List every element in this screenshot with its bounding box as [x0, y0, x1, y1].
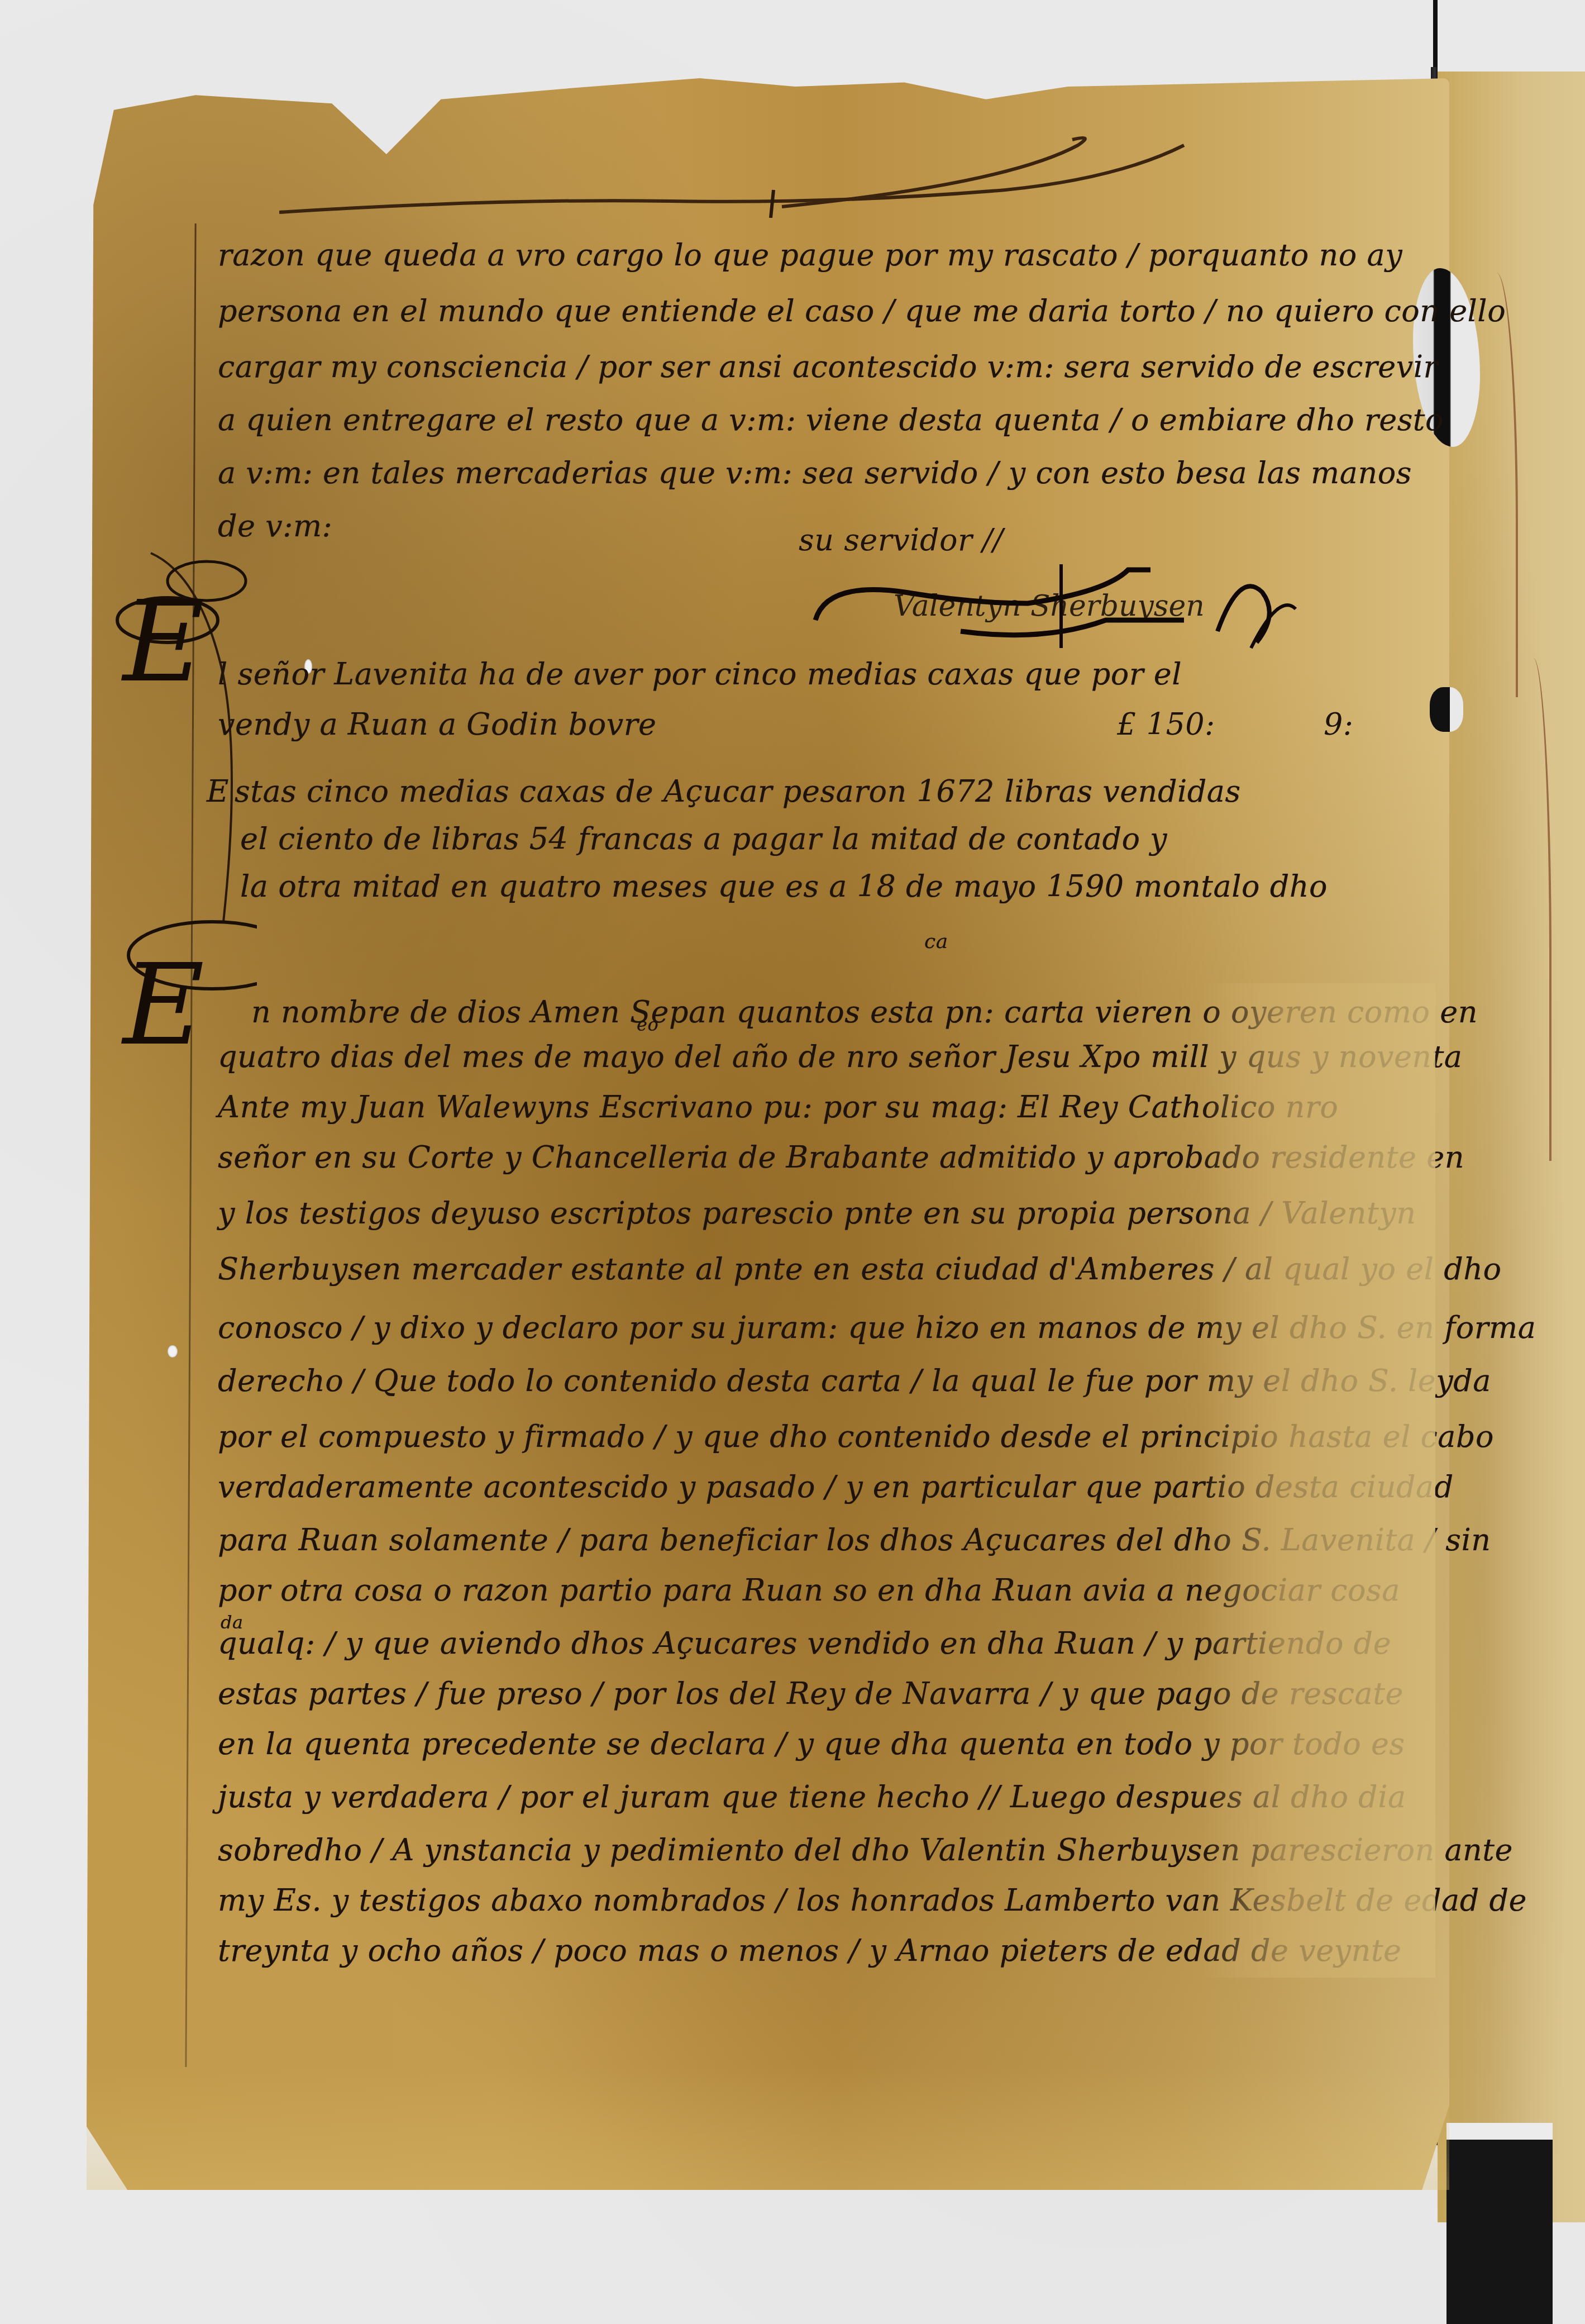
binding-edge-top — [1433, 0, 1438, 78]
text-line: por el compuesto y firmado / y que dho c… — [218, 1419, 1494, 1454]
text-line: qualq: / y que aviendo dhos Açucares ven… — [218, 1626, 1391, 1661]
text-line: estas partes / fue preso / por los del R… — [218, 1676, 1403, 1711]
valediction: su servidor // — [799, 522, 1003, 558]
decorated-initial: E — [123, 587, 205, 698]
amount-label: £ 150: — [1117, 707, 1215, 742]
header-flourish-icon — [279, 134, 1368, 218]
text-line: l señor Lavenita ha de aver por cinco me… — [218, 656, 1182, 692]
amount-value: 9: — [1324, 707, 1354, 742]
paper-tear-small — [1430, 687, 1463, 732]
text-line: a quien entregare el resto que a v:m: vi… — [218, 402, 1444, 437]
text-line: señor en su Corte y Chancelleria de Brab… — [218, 1140, 1464, 1175]
paper-hole — [168, 1345, 178, 1358]
text-line: my Es. y testigos abaxo nombrados / los … — [218, 1883, 1527, 1918]
superscript: ca — [924, 930, 948, 953]
adjacent-leaf-ink-stroke — [1482, 273, 1518, 697]
text-line: sobredho / A ynstancia y pedimiento del … — [218, 1832, 1513, 1868]
signature-name: Valentyn Sherbuysen — [894, 589, 1205, 623]
text-line: verdaderamente acontescido y pasado / y … — [218, 1469, 1454, 1504]
decorated-initial: E — [123, 950, 205, 1061]
text-line: derecho / Que todo lo contenido desta ca… — [218, 1363, 1491, 1398]
text-line: Sherbuysen mercader estante al pnte en e… — [218, 1251, 1501, 1287]
text-line: por otra cosa o razon partio para Ruan s… — [218, 1573, 1400, 1608]
text-line: stas cinco medias caxas de Açucar pesaro… — [235, 774, 1241, 809]
note-initial: E — [207, 774, 229, 809]
text-line: Ante my Juan Walewyns Escrivano pu: por … — [218, 1089, 1338, 1125]
text-line: justa y verdadera / por el juram que tie… — [218, 1779, 1406, 1815]
manuscript-leaf — [87, 78, 1449, 2190]
signature: Valentyn Sherbuysen — [793, 559, 1324, 654]
text-line: a v:m: en tales mercaderias que v:m: sea… — [218, 455, 1412, 490]
text-line: la otra mitad en quatro meses que es a 1… — [240, 869, 1328, 904]
text-line: conosco / y dixo y declaro por su juram:… — [218, 1310, 1536, 1345]
text-line: n nombre de dios Amen Sepan quantos esta… — [251, 994, 1478, 1030]
binding-edge-bottom — [1446, 2140, 1553, 2324]
text-line: razon que queda a vro cargo lo que pague… — [218, 237, 1402, 273]
text-line: cargar my consciencia / por ser ansi aco… — [218, 349, 1438, 384]
text-line: treynta y ocho años / poco mas o menos /… — [218, 1933, 1402, 1968]
adjacent-leaf-ink-stroke — [1521, 658, 1551, 1161]
text-line: en la quenta precedente se declara / y q… — [218, 1726, 1405, 1761]
text-line: persona en el mundo que entiende el caso… — [218, 293, 1506, 328]
text-line: vendy a Ruan a Godin bovre — [218, 707, 657, 742]
text-line: el ciento de libras 54 francas a pagar l… — [240, 821, 1167, 856]
text-line: de v:m: — [218, 508, 332, 544]
text-line: y los testigos deyuso escriptos parescio… — [218, 1196, 1416, 1231]
text-line: quatro dias del mes de mayo del año de n… — [218, 1039, 1463, 1074]
text-line: para Ruan solamente / para beneficiar lo… — [218, 1522, 1491, 1558]
